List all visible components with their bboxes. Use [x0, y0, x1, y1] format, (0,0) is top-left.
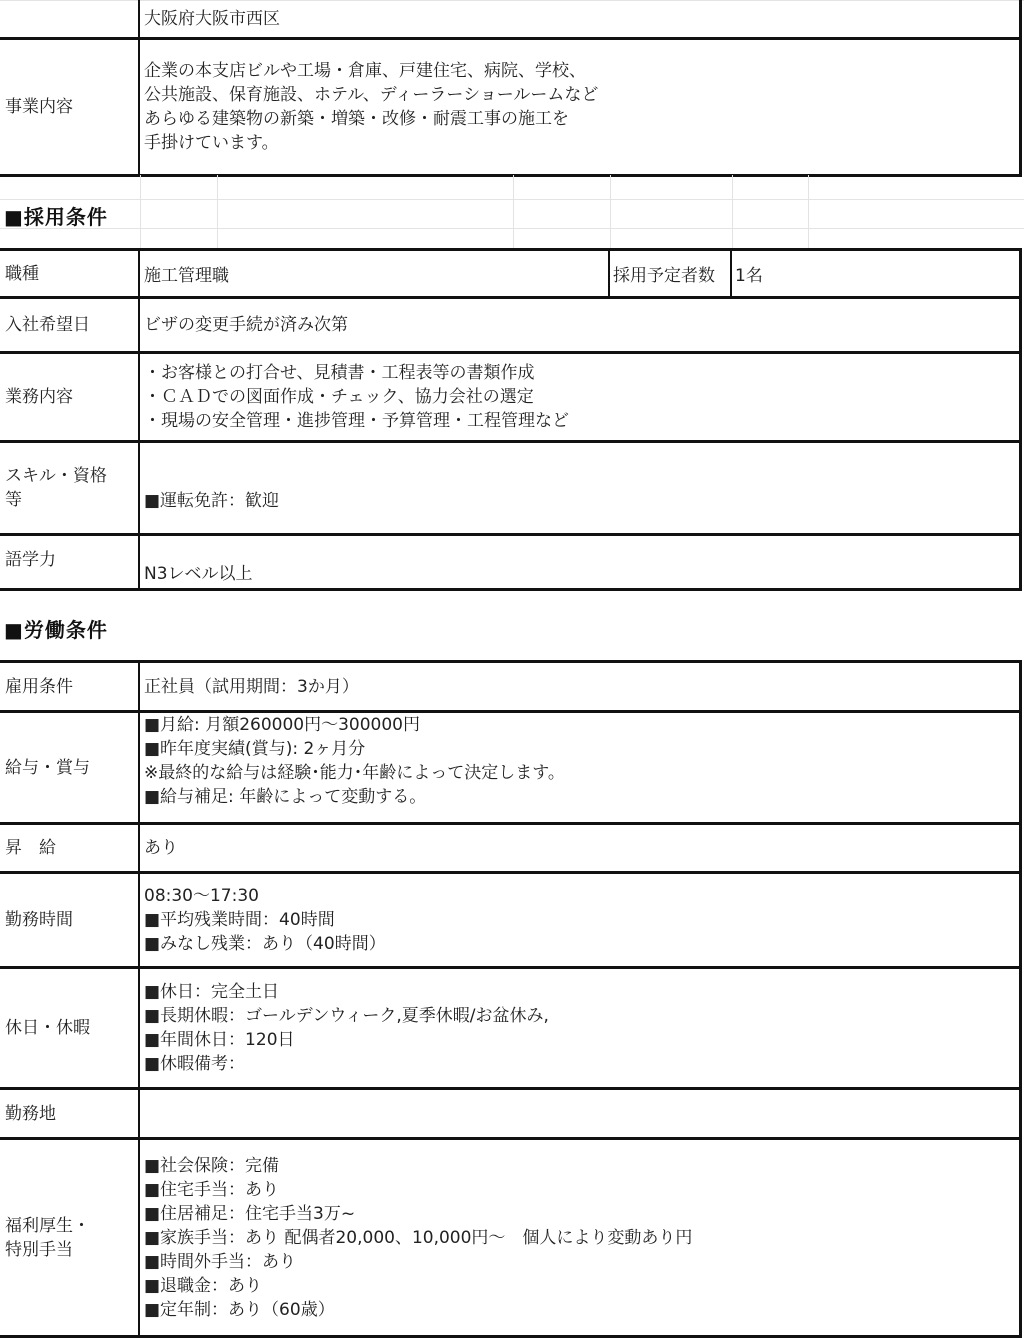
- benefits-label: 福利厚生・ 特別手当: [0, 1140, 140, 1335]
- holidays-row: 休日・休暇 ■休日：完全土日 ■長期休暇：ゴールデンウィーク,夏季休暇/お盆休み…: [0, 969, 1022, 1090]
- holidays-line: ■休暇備考：: [144, 1052, 1019, 1076]
- holidays-value: ■休日：完全土日 ■長期休暇：ゴールデンウィーク,夏季休暇/お盆休み, ■年間休…: [140, 969, 1019, 1087]
- planned-hires-value: 1名: [732, 251, 1019, 296]
- start-date-value: ビザの変更手続が済み次第: [140, 299, 1019, 351]
- hours-line: ■平均残業時間：40時間: [144, 908, 1019, 932]
- blank-grid-row: [0, 200, 1024, 229]
- duties-line: ・お客様との打合せ、見積書・工程表等の書類作成: [144, 361, 1019, 385]
- business-line: 公共施設、保育施設、ホテル、ディーラーショールームなど: [144, 83, 1019, 107]
- language-row: 語学力 N3レベル以上: [0, 536, 1022, 591]
- business-row: 事業内容 企業の本支店ビルや工場・倉庫、戸建住宅、病院、学校、 公共施設、保育施…: [0, 40, 1022, 177]
- benefits-line: ■時間外手当：あり: [144, 1250, 1019, 1274]
- benefits-row: 福利厚生・ 特別手当 ■社会保険：完備 ■住宅手当：あり ■住居補足：住宅手当3…: [0, 1140, 1022, 1338]
- location-row: 勤務地: [0, 1090, 1022, 1140]
- job-type-row: 職種 施工管理職 採用予定者数 1名: [0, 248, 1022, 299]
- employment-value: 正社員（試用期間：3か月）: [140, 663, 1019, 710]
- address-row: 大阪府大阪市西区: [0, 0, 1022, 40]
- raise-label: 昇 給: [0, 825, 140, 871]
- skills-text: ■運転免許：歓迎: [144, 489, 1019, 513]
- language-text: N3レベル以上: [144, 562, 1019, 586]
- grid-column-line: [513, 175, 514, 248]
- duties-line: ・ＣＡＤでの図面作成・チェック、協力会社の選定: [144, 385, 1019, 409]
- planned-hires-label: 採用予定者数: [610, 251, 732, 296]
- holidays-line: ■長期休暇：ゴールデンウィーク,夏季休暇/お盆休み,: [144, 1004, 1019, 1028]
- holidays-label: 休日・休暇: [0, 969, 140, 1087]
- blank-grid-row: [0, 177, 1024, 200]
- language-label: 語学力: [0, 536, 140, 588]
- business-line: 手掛けています。: [144, 131, 1019, 155]
- grid-column-line: [217, 175, 218, 248]
- salary-row: 給与・賞与 ■月給: 月額260000円～300000円 ■昨年度実績(賞与):…: [0, 713, 1022, 825]
- hours-row: 勤務時間 08:30～17:30 ■平均残業時間：40時間 ■みなし残業：あり（…: [0, 874, 1022, 969]
- salary-value: ■月給: 月額260000円～300000円 ■昨年度実績(賞与): 2ヶ月分 …: [140, 713, 1019, 822]
- salary-line: ※最終的な給与は経験･能力･年齢によって決定します。: [144, 761, 1019, 785]
- benefits-line: ■住宅手当：あり: [144, 1178, 1019, 1202]
- business-value: 企業の本支店ビルや工場・倉庫、戸建住宅、病院、学校、 公共施設、保育施設、ホテル…: [140, 40, 1019, 174]
- raise-text: あり: [144, 836, 1019, 860]
- hours-value: 08:30～17:30 ■平均残業時間：40時間 ■みなし残業：あり（40時間）: [140, 874, 1019, 966]
- employment-label: 雇用条件: [0, 663, 140, 710]
- holidays-line: ■休日：完全土日: [144, 980, 1019, 1004]
- raise-row: 昇 給 あり: [0, 825, 1022, 874]
- location-label: 勤務地: [0, 1090, 140, 1137]
- employment-row: 雇用条件 正社員（試用期間：3か月）: [0, 660, 1022, 713]
- salary-label: 給与・賞与: [0, 713, 140, 822]
- start-date-row: 入社希望日 ビザの変更手続が済み次第: [0, 299, 1022, 354]
- address-label-cell: [0, 0, 140, 37]
- salary-line: ■月給: 月額260000円～300000円: [144, 713, 1019, 737]
- benefits-line: ■定年制：あり（60歳）: [144, 1298, 1019, 1322]
- grid-column-line: [808, 175, 809, 248]
- start-date-label: 入社希望日: [0, 299, 140, 351]
- job-type-label: 職種: [0, 251, 140, 296]
- hours-line: 08:30～17:30: [144, 884, 1019, 908]
- recruitment-section-title: ■採用条件: [4, 201, 108, 230]
- skills-value: ■運転免許：歓迎: [140, 443, 1019, 533]
- salary-line: ■昨年度実績(賞与): 2ヶ月分: [144, 737, 1019, 761]
- raise-value: あり: [140, 825, 1019, 871]
- hours-label: 勤務時間: [0, 874, 140, 966]
- address-value: 大阪府大阪市西区: [140, 0, 1019, 37]
- job-type-value: 施工管理職: [140, 251, 610, 296]
- benefits-line: ■家族手当：あり 配偶者20,000、10,000円～ 個人により変動あり円: [144, 1226, 1019, 1250]
- business-label: 事業内容: [0, 40, 140, 174]
- employment-text: 正社員（試用期間：3か月）: [144, 675, 1019, 699]
- duties-label: 業務内容: [0, 354, 140, 440]
- business-line: あらゆる建築物の新築・増築・改修・耐震工事の施工を: [144, 107, 1019, 131]
- grid-column-line: [140, 175, 141, 248]
- benefits-line: ■住居補足：住宅手当3万~: [144, 1202, 1019, 1226]
- duties-line: ・現場の安全管理・進捗管理・予算管理・工程管理など: [144, 409, 1019, 433]
- skills-row: スキル・資格 等 ■運転免許：歓迎: [0, 443, 1022, 536]
- grid-column-line: [732, 175, 733, 248]
- holidays-line: ■年間休日：120日: [144, 1028, 1019, 1052]
- salary-line: ■給与補足: 年齢によって変動する。: [144, 785, 1019, 809]
- skills-label: スキル・資格 等: [0, 443, 140, 533]
- benefits-line: ■社会保険：完備: [144, 1154, 1019, 1178]
- job-posting-sheet: 大阪府大阪市西区 事業内容 企業の本支店ビルや工場・倉庫、戸建住宅、病院、学校、…: [0, 0, 1024, 1338]
- address-text: 大阪府大阪市西区: [144, 7, 1019, 31]
- language-value: N3レベル以上: [140, 536, 1019, 588]
- grid-column-line: [610, 175, 611, 248]
- working-section-title: ■労働条件: [4, 614, 108, 643]
- benefits-line: ■退職金：あり: [144, 1274, 1019, 1298]
- location-value: [140, 1090, 1019, 1137]
- duties-row: 業務内容 ・お客様との打合せ、見積書・工程表等の書類作成 ・ＣＡＤでの図面作成・…: [0, 354, 1022, 443]
- benefits-value: ■社会保険：完備 ■住宅手当：あり ■住居補足：住宅手当3万~ ■家族手当：あり…: [140, 1140, 1019, 1335]
- business-line: 企業の本支店ビルや工場・倉庫、戸建住宅、病院、学校、: [144, 59, 1019, 83]
- hours-line: ■みなし残業：あり（40時間）: [144, 932, 1019, 956]
- start-date-text: ビザの変更手続が済み次第: [144, 313, 1019, 337]
- duties-value: ・お客様との打合せ、見積書・工程表等の書類作成 ・ＣＡＤでの図面作成・チェック、…: [140, 354, 1019, 440]
